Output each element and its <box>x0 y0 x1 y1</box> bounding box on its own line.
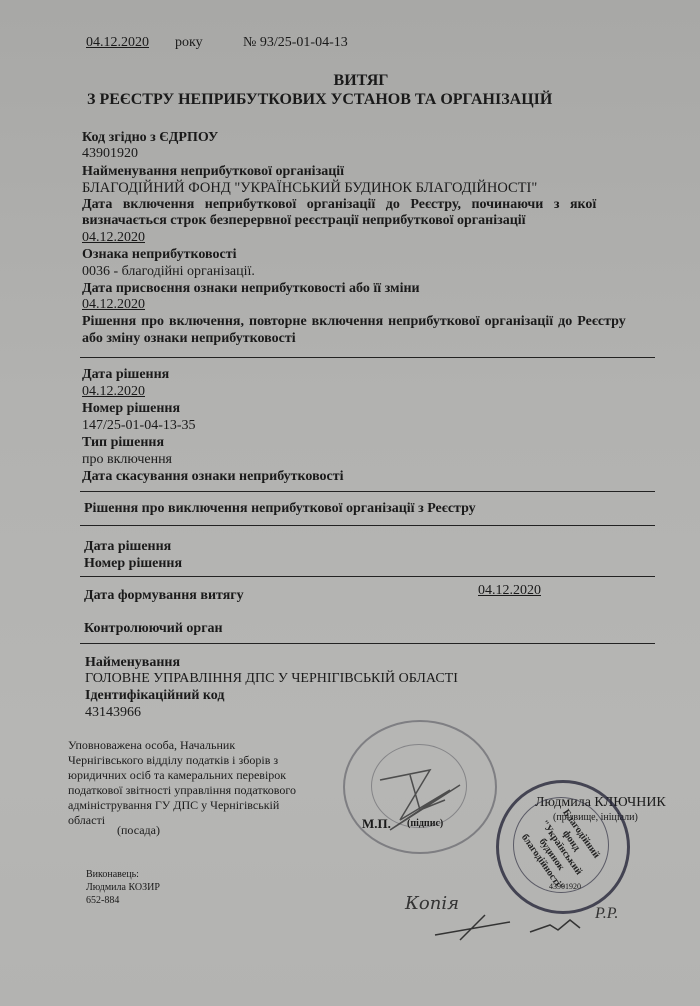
inclusion-date-label-line2: визначається строк безперервної реєстрац… <box>82 213 526 229</box>
position-caption: (посада) <box>117 823 160 838</box>
formation-date-label: Дата формування витягу <box>84 588 244 604</box>
exclusion-label: Рішення про виключення неприбуткової орг… <box>84 501 476 517</box>
signature-scribble <box>360 760 480 860</box>
authority-id-value: 43143966 <box>85 705 141 721</box>
inclusion-date-label-line1: Дата включення неприбуткової організації… <box>82 197 596 213</box>
divider <box>80 643 655 644</box>
decision-inclusion-label-line1: Рішення про включення, повторне включенн… <box>82 314 626 330</box>
fund-stamp: Благодійний фонд "Український будинок бл… <box>496 780 630 914</box>
executor-phone: 652-884 <box>86 895 119 906</box>
nonprofit-sign-value: 0036 - благодійні організації. <box>82 264 255 280</box>
executor-label: Виконавець: <box>86 869 139 880</box>
sign-date-value: 04.12.2020 <box>82 297 145 313</box>
org-name-label: Найменування неприбуткової організації <box>82 164 344 180</box>
edrpou-value: 43901920 <box>82 146 138 162</box>
decision-date-value: 04.12.2020 <box>82 384 145 400</box>
authority-name-label: Найменування <box>85 655 180 671</box>
authority-id-label: Ідентифікаційний код <box>85 688 224 704</box>
edrpou-label: Код згідно з ЄДРПОУ <box>82 130 218 146</box>
decision-type-label: Тип рішення <box>82 435 164 451</box>
divider <box>80 357 655 358</box>
decision-type-value: про включення <box>82 452 172 468</box>
decision-inclusion-label-line2: або зміну ознаки неприбутковості <box>82 331 296 347</box>
header-date: 04.12.2020 <box>86 35 149 51</box>
divider <box>80 491 655 492</box>
nonprofit-sign-label: Ознака неприбутковості <box>82 247 236 263</box>
cancel-date-label: Дата скасування ознаки неприбутковості <box>82 469 344 485</box>
divider <box>80 525 655 526</box>
fund-stamp-code: 43901920 <box>549 881 581 893</box>
decision-number-value: 147/25-01-04-13-35 <box>82 418 196 434</box>
header-number: № 93/25-01-04-13 <box>243 35 348 51</box>
inclusion-date-value: 04.12.2020 <box>82 230 145 246</box>
org-name-value: БЛАГОДІЙНИЙ ФОНД "УКРАЇНСЬКИЙ БУДИНОК БЛ… <box>82 180 537 197</box>
executor-name: Людмила КОЗИР <box>86 882 160 893</box>
handwritten-initials: P.P. <box>595 905 618 923</box>
formation-date-value: 04.12.2020 <box>478 583 541 599</box>
exclusion-number-label: Номер рішення <box>84 556 182 572</box>
authority-name-value: ГОЛОВНЕ УПРАВЛІННЯ ДПС У ЧЕРНІГІВСЬКІЙ О… <box>85 671 458 687</box>
divider <box>80 576 655 577</box>
document-title: ВИТЯГ <box>0 72 700 90</box>
exclusion-date-label: Дата рішення <box>84 539 171 555</box>
decision-number-label: Номер рішення <box>82 401 180 417</box>
controlling-body-label: Контролюючий орган <box>84 621 223 637</box>
document-subtitle: З РЕЄСТРУ НЕПРИБУТКОВИХ УСТАНОВ ТА ОРГАН… <box>87 91 552 109</box>
decision-date-label: Дата рішення <box>82 367 169 383</box>
header-year-word: року <box>175 35 203 51</box>
sign-date-label: Дата присвоєння ознаки неприбутковості а… <box>82 281 420 297</box>
signatory-position: Уповноважена особа, Начальник Чернігівсь… <box>68 738 298 828</box>
